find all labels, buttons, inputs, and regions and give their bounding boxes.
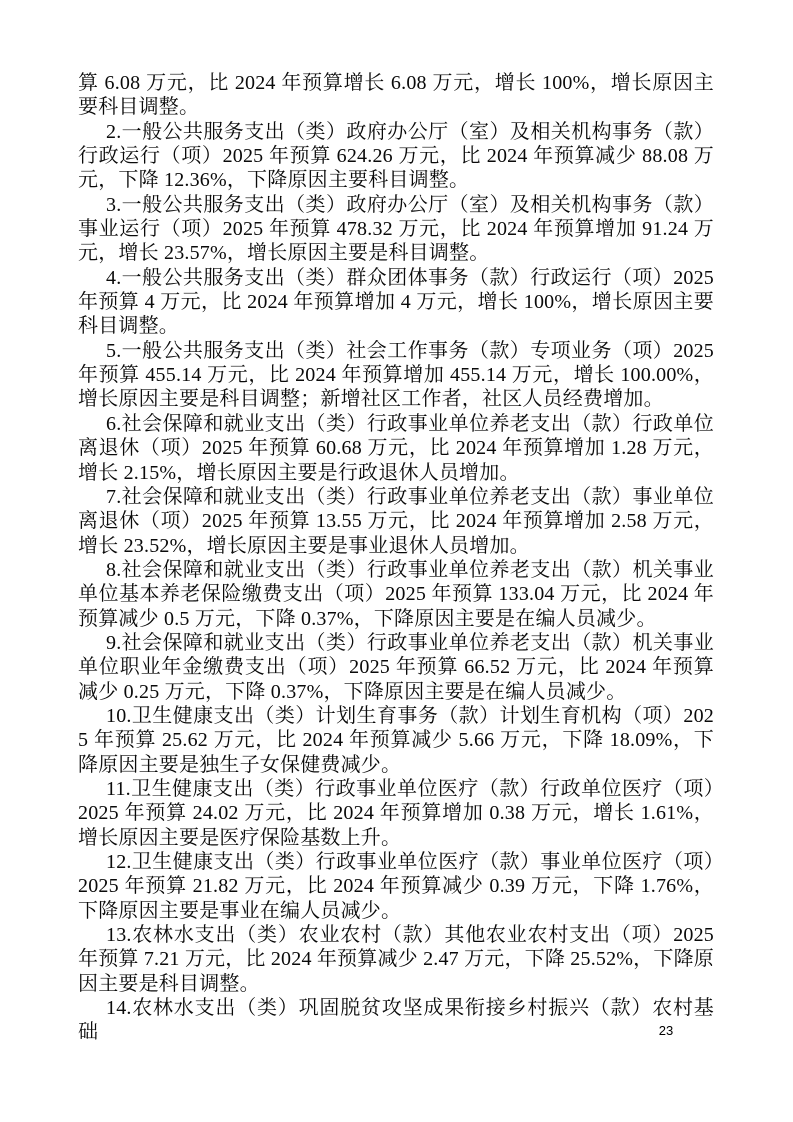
- paragraph-item-10: 10.卫生健康支出（类）计划生育事务（款）计划生育机构（项）2025 年预算 2…: [78, 704, 714, 777]
- document-page: 算 6.08 万元，比 2024 年预算增长 6.08 万元，增长 100%，增…: [0, 0, 793, 1122]
- paragraph-item-13: 13.农林水支出（类）农业农村（款）其他农业农村支出（项）2025 年预算 7.…: [78, 923, 714, 996]
- page-number: 23: [651, 1023, 681, 1038]
- paragraph-item-12: 12.卫生健康支出（类）行政事业单位医疗（款）事业单位医疗（项）2025 年预算…: [78, 850, 714, 923]
- paragraph-item-11: 11.卫生健康支出（类）行政事业单位医疗（款）行政单位医疗（项）2025 年预算…: [78, 777, 714, 850]
- page-body-text: 算 6.08 万元，比 2024 年预算增长 6.08 万元，增长 100%，增…: [78, 71, 714, 1045]
- paragraph-item-14: 14.农林水支出（类）巩固脱贫攻坚成果衔接乡村振兴（款）农村基础: [78, 996, 714, 1045]
- paragraph-item-9: 9.社会保障和就业支出（类）行政事业单位养老支出（款）机关事业单位职业年金缴费支…: [78, 631, 714, 704]
- paragraph-item-7: 7.社会保障和就业支出（类）行政事业单位养老支出（款）事业单位离退休（项）202…: [78, 485, 714, 558]
- paragraph-item-3: 3.一般公共服务支出（类）政府办公厅（室）及相关机构事务（款）事业运行（项）20…: [78, 193, 714, 266]
- paragraph-continuation: 算 6.08 万元，比 2024 年预算增长 6.08 万元，增长 100%，增…: [78, 71, 714, 120]
- paragraph-item-8: 8.社会保障和就业支出（类）行政事业单位养老支出（款）机关事业单位基本养老保险缴…: [78, 558, 714, 631]
- paragraph-item-6: 6.社会保障和就业支出（类）行政事业单位养老支出（款）行政单位离退休（项）202…: [78, 412, 714, 485]
- paragraph-item-5: 5.一般公共服务支出（类）社会工作事务（款）专项业务（项）2025 年预算 45…: [78, 339, 714, 412]
- paragraph-item-4: 4.一般公共服务支出（类）群众团体事务（款）行政运行（项）2025 年预算 4 …: [78, 266, 714, 339]
- paragraph-item-2: 2.一般公共服务支出（类）政府办公厅（室）及相关机构事务（款）行政运行（项）20…: [78, 120, 714, 193]
